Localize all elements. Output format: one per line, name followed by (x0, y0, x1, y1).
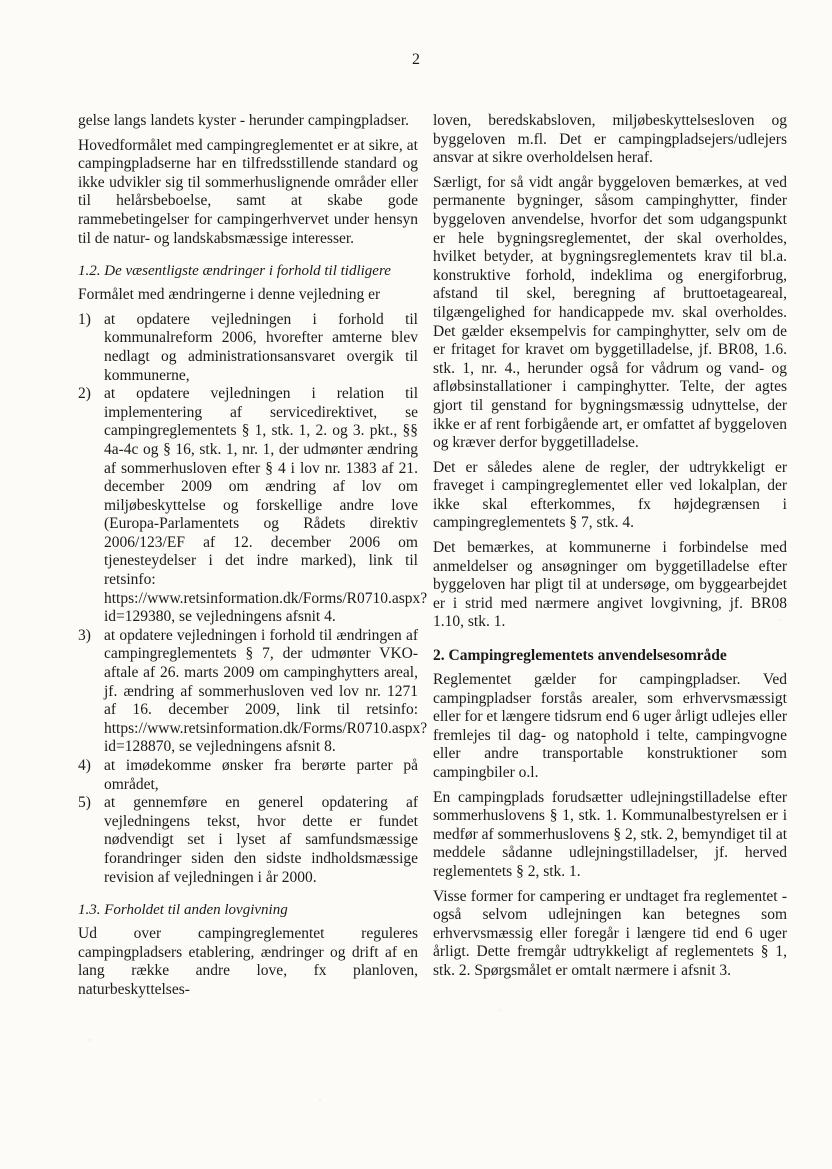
paragraph-deviating-rules: Det er således alene de regler, der udtr… (433, 459, 787, 533)
list-item-text: at gennemføre en generel opdatering af v… (104, 794, 418, 887)
list-item-5: 5) at gennemføre en generel opdatering a… (78, 794, 418, 887)
list-item-marker: 5) (78, 794, 104, 887)
paragraph-changes-intro: Formålet med ændringerne i denne vejledn… (78, 286, 418, 305)
page-number: 2 (0, 50, 832, 69)
list-item-marker: 4) (78, 757, 104, 794)
numbered-list-changes: 1) at opdatere vejledningen i forhold ti… (78, 311, 418, 887)
document-page: 2 gelse langs landets kyster - herunder … (0, 0, 832, 1169)
paragraph-main-purpose: Hovedformålet med campingreglementet er … (78, 137, 418, 249)
list-item-marker: 2) (78, 385, 104, 627)
paragraph-exceptions: Visse former for campering er undtaget f… (433, 888, 787, 981)
section-heading-1-2: 1.2. De væsentligste ændringer i forhold… (78, 262, 418, 281)
list-item-text: at opdatere vejledningen i forhold til k… (104, 311, 418, 385)
right-column: loven, beredskabsloven, miljøbeskyttelse… (433, 112, 787, 1006)
list-item-text: at opdatere vejledningen i forhold til æ… (104, 627, 418, 757)
list-item-marker: 1) (78, 311, 104, 385)
paragraph-rental-permission: En campingplads forudsætter udlejningsti… (433, 789, 787, 882)
section-heading-2: 2. Campingreglementets anvendelsesområde (433, 646, 787, 665)
list-item-4: 4) at imødekomme ønsker fra berørte part… (78, 757, 418, 794)
list-item-marker: 3) (78, 627, 104, 757)
paragraph-other-legislation: Ud over campingreglementet reguleres cam… (78, 925, 418, 999)
list-item-1: 1) at opdatere vejledningen i forhold ti… (78, 311, 418, 385)
paragraph-scope-definition: Reglementet gælder for campingpladser. V… (433, 671, 787, 783)
paragraph-coast-carryover: gelse langs landets kyster - herunder ca… (78, 112, 418, 131)
paragraph-building-law: Særligt, for så vidt angår byggeloven be… (433, 174, 787, 453)
list-item-2: 2) at opdatere vejledningen i relation t… (78, 385, 418, 627)
paragraph-municipal-duty: Det bemærkes, at kommunerne i forbindels… (433, 539, 787, 632)
list-item-3: 3) at opdatere vejledningen i forhold ti… (78, 627, 418, 757)
list-item-text: at imødekomme ønsker fra berørte parter … (104, 757, 418, 794)
list-item-text: at opdatere vejledningen i relation til … (104, 385, 418, 627)
section-heading-1-3: 1.3. Forholdet til anden lovgivning (78, 901, 418, 920)
paragraph-laws-carryover: loven, beredskabsloven, miljøbeskyttelse… (433, 112, 787, 168)
left-column: gelse langs landets kyster - herunder ca… (78, 112, 418, 1006)
two-column-layout: gelse langs landets kyster - herunder ca… (78, 112, 787, 1006)
